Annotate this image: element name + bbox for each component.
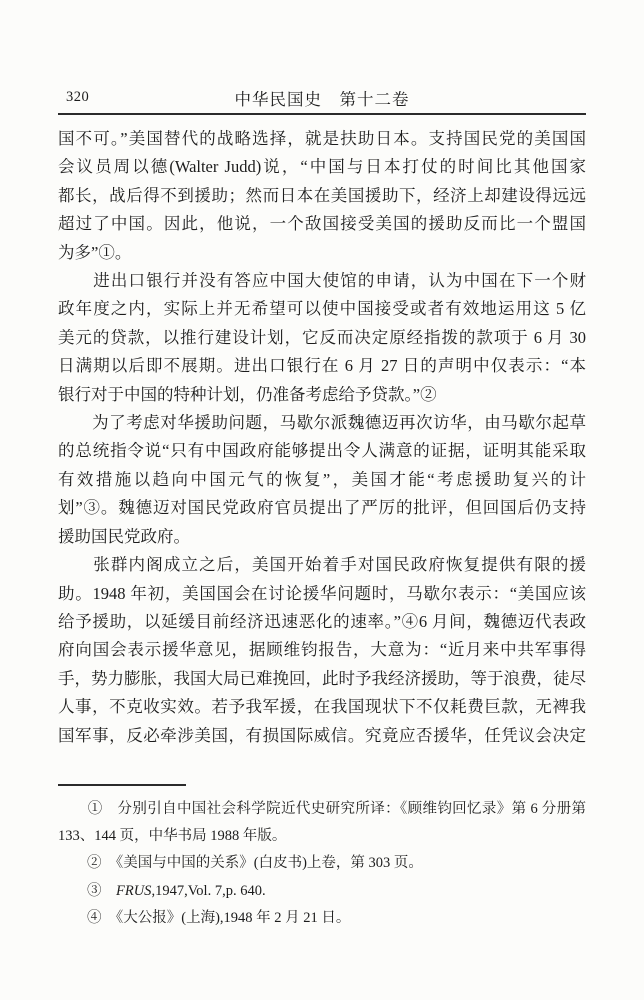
footnote: ③ FRUS,1947,Vol. 7,p. 640.: [58, 878, 586, 905]
body-line: 划”③。魏德迈对国民党政府官员提出了严厉的批评，但回国后仍支持: [58, 494, 586, 522]
running-title: 中华民国史 第十二卷: [58, 86, 586, 110]
body-line: 府向国会表示援华意见，据顾维钧报告，大意为：“近月来中共军事得: [58, 636, 586, 664]
paragraph: 进出口银行并没有答应中国大使馆的申请，认为中国在下一个财政年度之内，实际上并无希…: [58, 267, 586, 409]
header-rule: [58, 113, 586, 115]
body-line: 援助国民党政府。: [58, 523, 586, 551]
body-line: 银行对于中国的特种计划，仍准备考虑给予贷款。”②: [58, 381, 586, 409]
body-line: 国军事，反必牵涉美国，有损国际威信。究竟应否援华，任凭议会决定: [58, 722, 586, 750]
body-line: 国不可。”美国替代的战略选择，就是扶助日本。支持国民党的美国国: [58, 125, 586, 153]
footnote-line: ③ FRUS,1947,Vol. 7,p. 640.: [58, 878, 586, 905]
body-text: 国不可。”美国替代的战略选择，就是扶助日本。支持国民党的美国国会议员周以德(Wa…: [58, 125, 586, 750]
footnote: ② 《美国与中国的关系》(白皮书)上卷，第 303 页。: [58, 850, 586, 877]
body-line: 美元的贷款，以推行建设计划，它反而决定原经指拨的款项于 6 月 30: [58, 324, 586, 352]
body-line: 的总统指令说“只有中国政府能够提出令人满意的证据，证明其能采取: [58, 437, 586, 465]
footnote-line: ④ 《大公报》(上海),1948 年 2 月 21 日。: [58, 905, 586, 932]
body-line: 人事，不克收实效。若予我军援，在我国现状下不仅耗费巨款，无裨我: [58, 693, 586, 721]
body-line: 助。1948 年初，美国国会在讨论援华问题时，马歇尔表示：“美国应该: [58, 580, 586, 608]
body-line: 手，势力膨胀，我国大局已难挽回，此时予我经济援助，等于浪费，徒尽: [58, 665, 586, 693]
paragraph: 张群内阁成立之后，美国开始着手对国民政府恢复提供有限的援助。1948 年初，美国…: [58, 551, 586, 750]
text-segment: ③: [58, 883, 116, 899]
body-line: 都长，战后得不到援助；然而日本在美国援助下，经济上却建设得远远: [58, 182, 586, 210]
italic-citation: FRUS: [116, 883, 151, 899]
page-number: 320: [66, 89, 89, 106]
body-line: 为多”①。: [58, 239, 586, 267]
book-page: 320 中华民国史 第十二卷 国不可。”美国替代的战略选择，就是扶助日本。支持国…: [0, 0, 644, 1000]
paragraph: 国不可。”美国替代的战略选择，就是扶助日本。支持国民党的美国国会议员周以德(Wa…: [58, 125, 586, 267]
paragraph: 为了考虑对华援助问题，马歇尔派魏德迈再次访华，由马歇尔起草的总统指令说“只有中国…: [58, 409, 586, 551]
page-header: 320 中华民国史 第十二卷: [58, 86, 586, 108]
footnote-separator: [58, 784, 186, 786]
page-content: 320 中华民国史 第十二卷 国不可。”美国替代的战略选择，就是扶助日本。支持国…: [58, 86, 586, 932]
body-line: 会议员周以德(Walter Judd)说，“中国与日本打仗的时间比其他国家: [58, 153, 586, 181]
footnote-line: ② 《美国与中国的关系》(白皮书)上卷，第 303 页。: [58, 850, 586, 877]
body-line: 超过了中国。因此，他说，一个敌国接受美国的援助反而比一个盟国: [58, 210, 586, 238]
footnote-line: ① 分别引自中国社会科学院近代史研究所译：《顾维钧回忆录》第 6 分册第: [58, 796, 586, 823]
body-line: 有效措施以趋向中国元气的恢复”，美国才能“考虑援助复兴的计: [58, 466, 586, 494]
body-line: 进出口银行并没有答应中国大使馆的申请，认为中国在下一个财: [58, 267, 586, 295]
footnote-line: 133、144 页，中华书局 1988 年版。: [58, 823, 586, 850]
footnote: ① 分别引自中国社会科学院近代史研究所译：《顾维钧回忆录》第 6 分册第133、…: [58, 796, 586, 850]
body-line: 日满期以后即不展期。进出口银行在 6 月 27 日的声明中仅表示：“本: [58, 352, 586, 380]
body-line: 为了考虑对华援助问题，马歇尔派魏德迈再次访华，由马歇尔起草: [58, 409, 586, 437]
text-segment: ,1947,Vol. 7,p. 640.: [151, 883, 265, 899]
body-line: 政年度之内，实际上并无希望可以使中国接受或者有效地运用这 5 亿: [58, 295, 586, 323]
footnotes: ① 分别引自中国社会科学院近代史研究所译：《顾维钧回忆录》第 6 分册第133、…: [58, 796, 586, 932]
body-line: 给予援助，以延缓目前经济迅速恶化的速率。”④6 月间，魏德迈代表政: [58, 608, 586, 636]
footnote: ④ 《大公报》(上海),1948 年 2 月 21 日。: [58, 905, 586, 932]
body-line: 张群内阁成立之后，美国开始着手对国民政府恢复提供有限的援: [58, 551, 586, 579]
